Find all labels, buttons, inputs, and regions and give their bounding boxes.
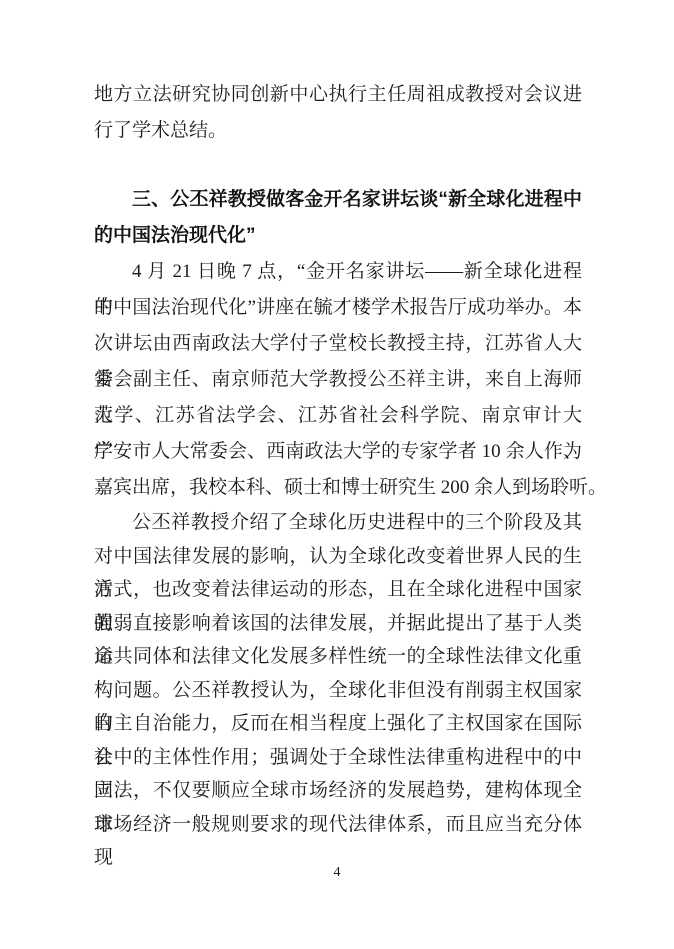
text-line: 立法，不仅要顺应全球市场经济的发展趋势，建构体现全球: [94, 774, 582, 808]
text-line: 地方立法研究协同创新中心执行主任周祖成教授对会议进: [94, 77, 582, 113]
text-line: 方式，也改变着法律运动的形态，且在全球化进程中国家的: [94, 573, 582, 607]
document-content: 地方立法研究协同创新中心执行主任周祖成教授对会议进 行了学术总结。 三、公丕祥教…: [94, 77, 582, 841]
text-line: 4 月 21 日晚 7 点，“金开名家讲坛——新全球化进程中: [94, 254, 582, 290]
text-line: 委会副主任、南京师范大学教授公丕祥主讲，来自上海师范: [94, 362, 582, 398]
text-line: 强弱直接影响着该国的法律发展，并据此提出了基于人类命: [94, 607, 582, 641]
text-line: 构问题。公丕祥教授认为，全球化非但没有削弱主权国家的: [94, 674, 582, 708]
text-line: 大学、江苏省法学会、江苏省社会科学院、南京审计大学、: [94, 398, 582, 434]
text-line: 公丕祥教授介绍了全球化历史进程中的三个阶段及其: [94, 506, 582, 540]
lecture-summary-paragraph: 公丕祥教授介绍了全球化历史进程中的三个阶段及其 对中国法律发展的影响，认为全球化…: [94, 506, 582, 841]
text-line: 市场经济一般规则要求的现代法律体系，而且应当充分体现: [94, 808, 582, 842]
heading-line: 的中国法治现代化”: [94, 218, 582, 254]
section-heading: 三、公丕祥教授做客金开名家讲坛谈“新全球化进程中 的中国法治现代化”: [94, 182, 582, 254]
page-number: 4: [0, 864, 674, 882]
document-page: 地方立法研究协同创新中心执行主任周祖成教授对会议进 行了学术总结。 三、公丕祥教…: [0, 0, 674, 949]
continuation-paragraph: 地方立法研究协同创新中心执行主任周祖成教授对会议进 行了学术总结。: [94, 77, 582, 149]
text-line: 对中国法律发展的影响，认为全球化改变着世界人民的生活: [94, 540, 582, 574]
text-line: 嘉宾出席，我校本科、硕士和博士研究生 200 余人到场聆听。: [94, 470, 582, 506]
text-line: 会中的主体性作用；强调处于全球性法律重构进程中的中国: [94, 741, 582, 775]
lecture-intro-paragraph: 4 月 21 日晚 7 点，“金开名家讲坛——新全球化进程中 的中国法治现代化”…: [94, 254, 582, 506]
text-line: 运共同体和法律文化发展多样性统一的全球性法律文化重: [94, 640, 582, 674]
text-line: 行了学术总结。: [94, 113, 582, 149]
text-line: 广安市人大常委会、西南政法大学的专家学者 10 余人作为: [94, 434, 582, 470]
text-line: 自主自治能力，反而在相当程度上强化了主权国家在国际社: [94, 707, 582, 741]
text-line: 的中国法治现代化”讲座在毓才楼学术报告厅成功举办。本: [94, 290, 582, 326]
heading-line: 三、公丕祥教授做客金开名家讲坛谈“新全球化进程中: [94, 182, 582, 218]
text-line: 次讲坛由西南政法大学付子堂校长教授主持，江苏省人大常: [94, 326, 582, 362]
